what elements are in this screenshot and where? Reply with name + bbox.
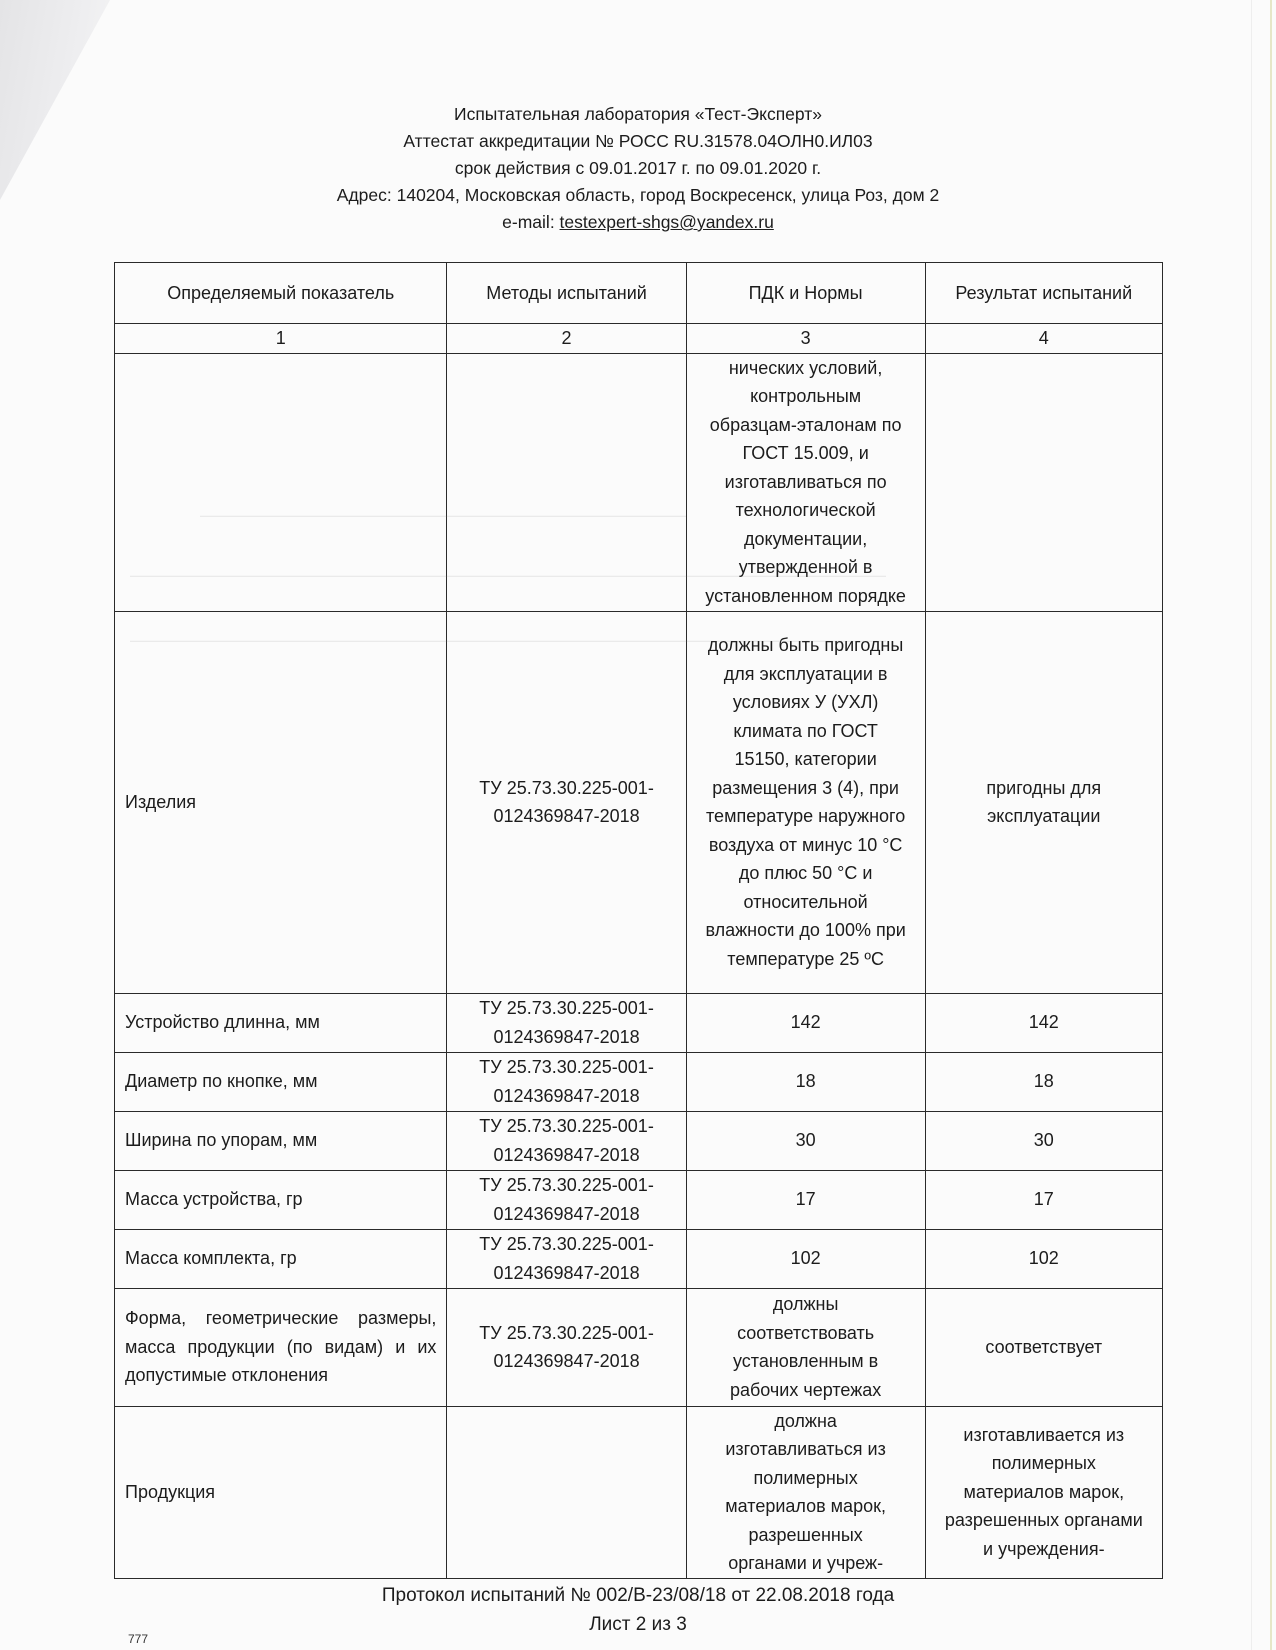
- column-number: 4: [925, 324, 1162, 354]
- cell-norm: должны быть пригодны для эксплуатации в …: [686, 611, 925, 993]
- cell-indicator: Ширина по упорам, мм: [115, 1111, 447, 1170]
- column-number: 3: [686, 324, 925, 354]
- document-footer: Протокол испытаний № 002/В-23/08/18 от 2…: [0, 1581, 1276, 1639]
- column-header-methods: Методы испытаний: [447, 263, 686, 324]
- cell-result: 142: [925, 993, 1162, 1052]
- cell-result: 18: [925, 1052, 1162, 1111]
- email-line: e-mail: testexpert-shgs@yandex.ru: [0, 209, 1276, 236]
- page-mark: 777: [128, 1632, 148, 1646]
- cell-indicator: Продукция: [115, 1406, 447, 1578]
- cell-indicator: Масса устройства, гр: [115, 1170, 447, 1229]
- cell-result: соответствует: [925, 1288, 1162, 1406]
- cell-norm: 142: [686, 993, 925, 1052]
- table-row: Диаметр по кнопке, мм ТУ 25.73.30.225-00…: [115, 1052, 1163, 1111]
- cell-method: [447, 353, 686, 611]
- table-row: Масса комплекта, гр ТУ 25.73.30.225-001-…: [115, 1229, 1163, 1288]
- cell-result: [925, 353, 1162, 611]
- cell-method: ТУ 25.73.30.225-001-0124369847-2018: [447, 1229, 686, 1288]
- cell-norm: 102: [686, 1229, 925, 1288]
- sheet-number: Лист 2 из 3: [0, 1610, 1276, 1639]
- cell-method: ТУ 25.73.30.225-001-0124369847-2018: [447, 1170, 686, 1229]
- cell-method: ТУ 25.73.30.225-001-0124369847-2018: [447, 611, 686, 993]
- column-number-row: 1 2 3 4: [115, 324, 1163, 354]
- lab-address: Адрес: 140204, Московская область, город…: [0, 182, 1276, 209]
- accreditation-certificate: Аттестат аккредитации № РОСС RU.31578.04…: [0, 128, 1276, 155]
- page-edge: [1270, 0, 1272, 1650]
- protocol-number: Протокол испытаний № 002/В-23/08/18 от 2…: [0, 1581, 1276, 1610]
- page-edge-line: [1251, 0, 1252, 1650]
- cell-result: пригодны для эксплуатации: [925, 611, 1162, 993]
- validity-period: срок действия с 09.01.2017 г. по 09.01.2…: [0, 155, 1276, 182]
- cell-method: ТУ 25.73.30.225-001-0124369847-2018: [447, 993, 686, 1052]
- cell-result: 17: [925, 1170, 1162, 1229]
- column-header-norms: ПДК и Нормы: [686, 263, 925, 324]
- cell-result: 102: [925, 1229, 1162, 1288]
- cell-method: [447, 1406, 686, 1578]
- cell-norm: должны соответствовать установленным в р…: [686, 1288, 925, 1406]
- cell-indicator: Масса комплекта, гр: [115, 1229, 447, 1288]
- cell-norm: 18: [686, 1052, 925, 1111]
- column-number: 1: [115, 324, 447, 354]
- column-number: 2: [447, 324, 686, 354]
- cell-method: ТУ 25.73.30.225-001-0124369847-2018: [447, 1052, 686, 1111]
- cell-indicator: Диаметр по кнопке, мм: [115, 1052, 447, 1111]
- table-row: Устройство длинна, мм ТУ 25.73.30.225-00…: [115, 993, 1163, 1052]
- cell-method: ТУ 25.73.30.225-001-0124369847-2018: [447, 1111, 686, 1170]
- email-link[interactable]: testexpert-shgs@yandex.ru: [560, 212, 774, 232]
- table-row: Форма, геометрические размеры, масса про…: [115, 1288, 1163, 1406]
- table-row: Продукция должна изготавливаться из поли…: [115, 1406, 1163, 1578]
- cell-indicator: [115, 353, 447, 611]
- column-header-result: Результат испытаний: [925, 263, 1162, 324]
- cell-indicator: Устройство длинна, мм: [115, 993, 447, 1052]
- email-label: e-mail:: [502, 212, 559, 232]
- cell-indicator: Форма, геометрические размеры, масса про…: [115, 1288, 447, 1406]
- cell-norm: 17: [686, 1170, 925, 1229]
- test-results-table: Определяемый показатель Методы испытаний…: [114, 262, 1163, 1579]
- table-row: Ширина по упорам, мм ТУ 25.73.30.225-001…: [115, 1111, 1163, 1170]
- cell-result: изготавливается из полимерных материалов…: [925, 1406, 1162, 1578]
- cell-norm: должна изготавливаться из полимерных мат…: [686, 1406, 925, 1578]
- table-header-row: Определяемый показатель Методы испытаний…: [115, 263, 1163, 324]
- cell-method: ТУ 25.73.30.225-001-0124369847-2018: [447, 1288, 686, 1406]
- table-row: Масса устройства, гр ТУ 25.73.30.225-001…: [115, 1170, 1163, 1229]
- cell-norm: 30: [686, 1111, 925, 1170]
- lab-name: Испытательная лаборатория «Тест-Эксперт»: [0, 101, 1276, 128]
- cell-indicator: Изделия: [115, 611, 447, 993]
- column-header-indicator: Определяемый показатель: [115, 263, 447, 324]
- document-header: Испытательная лаборатория «Тест-Эксперт»…: [0, 101, 1276, 236]
- table-row: нических условий, контрольным образцам-э…: [115, 353, 1163, 611]
- cell-result: 30: [925, 1111, 1162, 1170]
- cell-norm: нических условий, контрольным образцам-э…: [686, 353, 925, 611]
- table-row: Изделия ТУ 25.73.30.225-001-0124369847-2…: [115, 611, 1163, 993]
